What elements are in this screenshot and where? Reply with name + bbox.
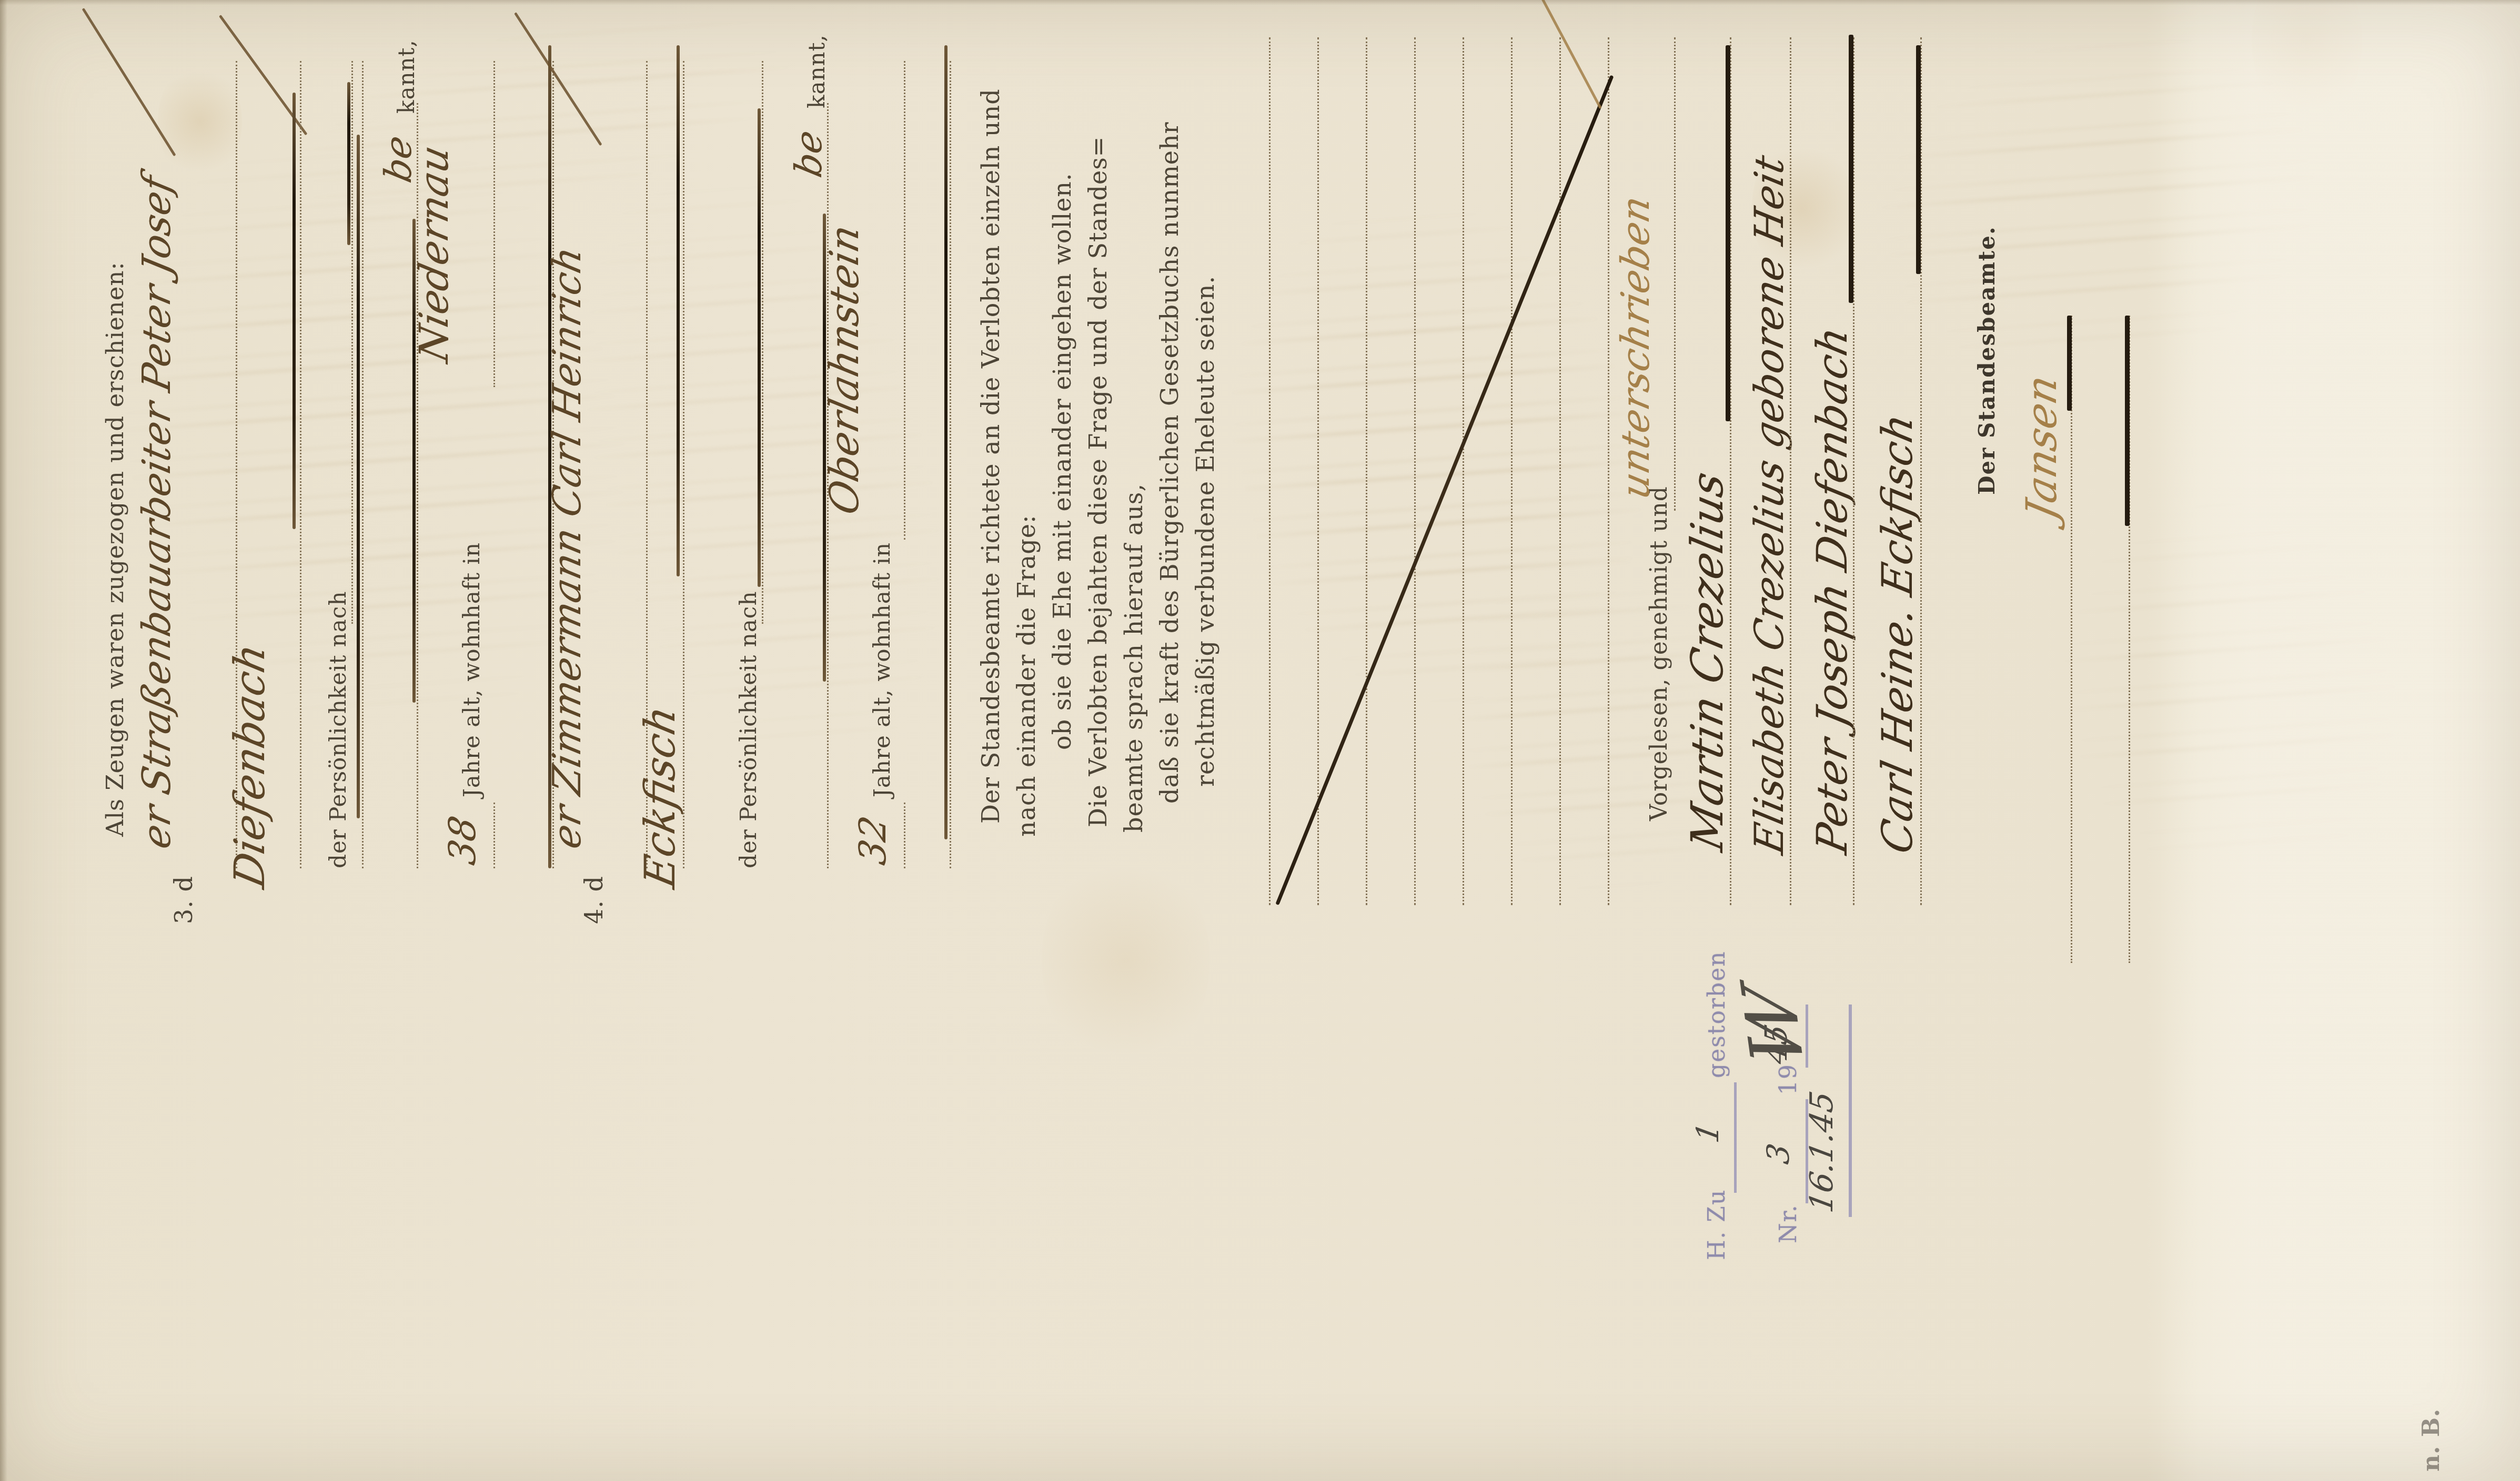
paper-stain [1042, 850, 1210, 1071]
corner-mark: n. B. [2418, 1408, 2445, 1472]
witness4-age: 32 [851, 812, 894, 868]
dotted-line [762, 61, 763, 624]
declaration-line-5: beamte sprach hierauf aus, [1120, 483, 1148, 833]
dotted-line [2071, 316, 2072, 963]
dotted-line [1559, 37, 1561, 905]
stamp-entry-initials: W [1727, 983, 1822, 1070]
stamp-rule [1849, 1005, 1852, 1217]
bleed-through [1187, 164, 1686, 743]
stamp-label-nr: Nr. [1775, 1204, 1802, 1243]
age-residence-label: Jahre alt, wohnhaft in [869, 542, 895, 797]
registrar-title: Der Standesbeamte. [1974, 226, 2000, 495]
bleed-through [2027, 469, 2435, 916]
declaration-line-7: rechtmäßig verbundene Eheleute seien. [1191, 276, 1219, 787]
cancellation-stroke [1275, 75, 1614, 905]
declaration-line-6: daß sie kraft des Bürgerlichen Gesetzbuc… [1155, 121, 1184, 804]
dotted-line [683, 61, 684, 868]
bleed-through [281, 0, 808, 261]
dotted-line [1608, 37, 1609, 905]
dotted-line [493, 803, 495, 868]
witness3-occupation-name: er Straßenbauarbeiter Peter Josef [134, 172, 179, 853]
stamp-entry-date: 16.1.45 [1803, 1089, 1840, 1215]
dotted-line [1790, 37, 1791, 905]
bleed-through [1850, 0, 2348, 413]
page-edge-shadow [0, 0, 7, 1481]
identity-suffix: kannt, [804, 34, 830, 108]
ink-rule [758, 108, 761, 587]
dotted-line [362, 61, 364, 868]
stamp-label-19: 19 [1775, 1063, 1802, 1095]
stamp-label-gestorben: gestorben [1703, 950, 1730, 1078]
dotted-line [950, 61, 951, 868]
declaration-line-1: Der Standesbeamte richtete an die Verlob… [976, 88, 1005, 824]
witness4-surname: Eckfisch [636, 702, 684, 892]
signature-witness4: Carl Heine. Eckfisch [1873, 409, 1922, 858]
dotted-line [1674, 37, 1676, 511]
identity-suffix: kannt, [394, 39, 419, 114]
witness4-occupation-name: er Zimmermann Carl Heinrich [545, 242, 590, 853]
witnesses-intro: Als Zeugen waren zugezogen und erschiene… [101, 261, 129, 837]
ink-rule [357, 135, 360, 818]
stamp-label-hzu: H. Zu [1703, 1189, 1730, 1260]
ink-rule-heavy [1849, 35, 1853, 303]
dotted-line [351, 61, 353, 624]
witness4-index: 4. d [580, 876, 608, 924]
ink-rule-heavy [2067, 316, 2072, 411]
declaration-line-3: ob sie die Ehe mit einander eingehen wol… [1048, 173, 1076, 750]
declaration-line-4: Die Verlobten bejahten diese Frage und d… [1084, 136, 1112, 827]
age-residence-label: Jahre alt, wohnhaft in [459, 542, 485, 797]
declaration-line-2: nach einander die Frage: [1012, 515, 1041, 837]
signature-groom: Martin Crezelius [1681, 467, 1733, 855]
stamp-blank-line [1734, 1082, 1737, 1193]
witness3-index: 3. d [169, 876, 198, 924]
dotted-line [493, 61, 495, 387]
signature-witness3: Peter Joseph Diefenbach [1808, 322, 1857, 858]
register-page: Als Zeugen waren zugezogen und erschiene… [0, 0, 2520, 1481]
witness3-age: 38 [441, 812, 484, 868]
ink-flourish [514, 12, 602, 146]
dotted-line [1511, 37, 1513, 905]
paper-stain [2252, 0, 2362, 124]
identity-hw-be: be [787, 126, 830, 181]
register-scan: Als Zeugen waren zugezogen und erschiene… [0, 0, 2520, 1481]
witness3-residence: Niedernau [410, 141, 457, 366]
registrar-signature: Jansen [2017, 371, 2066, 524]
identity-label: der Persönlichkeit nach [325, 591, 351, 868]
witness4-residence: Oberlahnstein [821, 221, 868, 519]
ink-rule-heavy [1916, 45, 1921, 274]
closing-printed: Vorgelesen, genehmigt und [1646, 486, 1672, 821]
ink-rule [347, 82, 350, 245]
ink-rule [944, 45, 947, 839]
ink-rule-heavy [2125, 316, 2130, 526]
dotted-line [904, 803, 905, 868]
stamp-entry-1: 1 [1690, 1120, 1726, 1145]
ink-rule-heavy [1726, 45, 1730, 421]
stamp-entry-number: 3 [1760, 1141, 1796, 1166]
ink-rule [293, 93, 296, 529]
page-edge-shadow [0, 0, 2520, 5]
ink-flourish [82, 8, 176, 157]
ink-flourish [1540, 0, 1602, 109]
identity-label: der Persönlichkeit nach [735, 591, 761, 868]
dotted-line [1269, 37, 1271, 905]
dotted-line [1366, 37, 1367, 905]
dotted-line [1317, 37, 1319, 905]
dotted-line [1463, 37, 1464, 905]
closing-handwritten: unterschrieben [1613, 192, 1658, 503]
dotted-line [300, 61, 301, 868]
witness3-surname: Diefenbach [225, 639, 274, 892]
signature-bride: Elisabeth Crezelius geborene Heit [1746, 151, 1792, 858]
dotted-line [904, 61, 905, 540]
dotted-line [1414, 37, 1416, 905]
paper-stain [158, 61, 242, 182]
ink-rule [677, 45, 680, 576]
